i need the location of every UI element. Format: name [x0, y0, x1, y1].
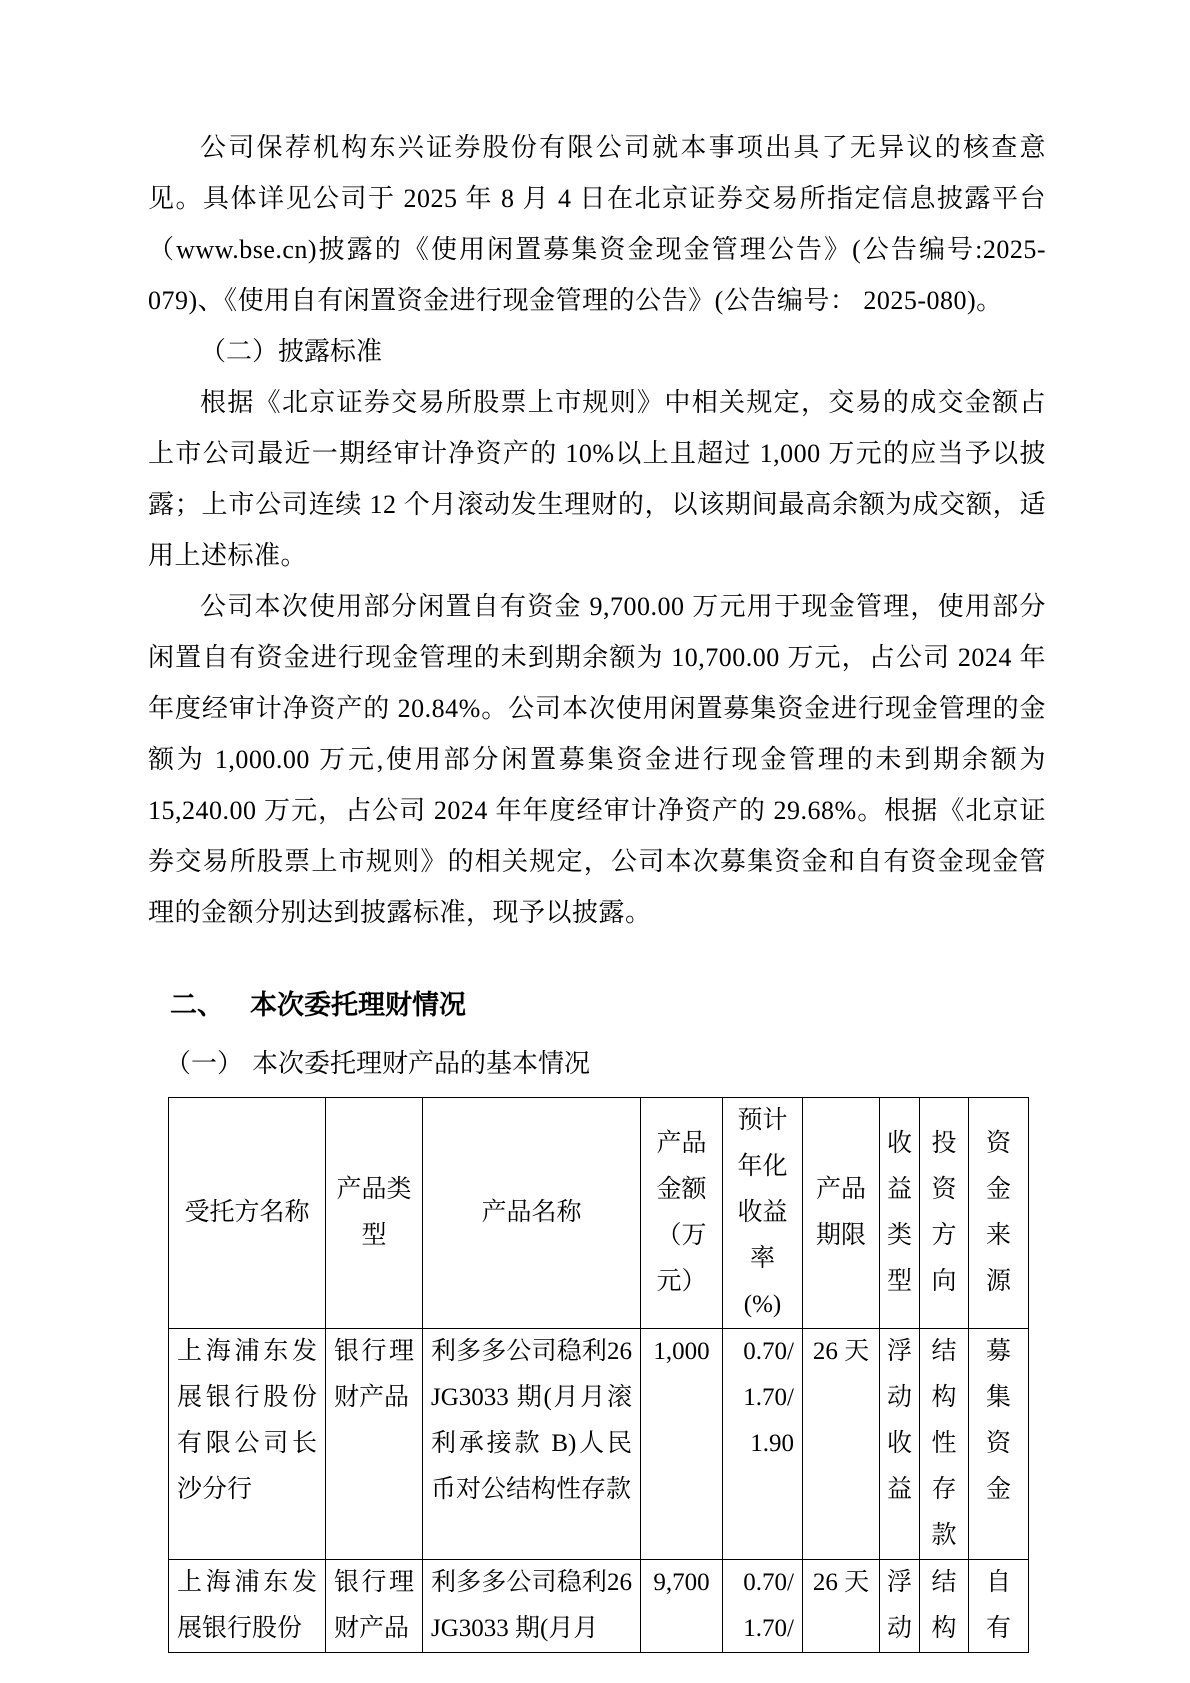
cell-trustee-name: 上海浦东发展银行股份有限公司长沙分行	[169, 1329, 326, 1560]
cell-product-name: 利多多公司稳利26JG3033 期(月月滚利承接款 B)人民币对公结构性存款	[423, 1329, 641, 1560]
header-expected-annual-yield: 预计年化收益率(%)	[723, 1098, 803, 1329]
table-row-raised-funds-product: 上海浦东发展银行股份有限公司长沙分行 银行理财产品 利多多公司稳利26JG303…	[169, 1329, 1029, 1560]
paragraph-cash-management-amounts: 公司本次使用部分闲置自有资金 9,700.00 万元用于现金管理，使用部分闲置自…	[148, 581, 1046, 938]
cell-trustee-name: 上海浦东发展银行股份	[169, 1560, 326, 1653]
cell-product-term: 26 天	[803, 1560, 880, 1653]
cell-product-amount: 1,000	[641, 1329, 723, 1560]
cell-investment-direction: 结构	[920, 1560, 969, 1653]
cell-product-name: 利多多公司稳利26JG3033 期(月月	[423, 1560, 641, 1653]
subheading-disclosure-standard: （二）披露标准	[148, 326, 1046, 377]
section-title: 本次委托理财情况	[250, 990, 466, 1020]
section-number: 二、	[170, 978, 250, 1032]
cell-income-type: 浮动收益	[880, 1329, 920, 1560]
cell-product-type: 银行理财产品	[326, 1329, 423, 1560]
cell-expected-annual-yield: 0.70/1.70/	[723, 1560, 803, 1653]
subsection-title: 本次委托理财产品的基本情况	[252, 1049, 590, 1078]
cell-expected-annual-yield: 0.70/1.70/1.90	[723, 1329, 803, 1560]
cell-fund-source: 自有	[969, 1560, 1029, 1653]
header-product-name: 产品名称	[423, 1098, 641, 1329]
subsection-heading-basic-info: （一）本次委托理财产品的基本情况	[148, 1038, 1046, 1089]
table-row-own-funds-product: 上海浦东发展银行股份 银行理财产品 利多多公司稳利26JG3033 期(月月 9…	[169, 1560, 1029, 1653]
header-trustee-name: 受托方名称	[169, 1098, 326, 1329]
header-investment-direction: 投资方向	[920, 1098, 969, 1329]
document-page: 公司保荐机构东兴证券股份有限公司就本事项出具了无异议的核查意见。具体详见公司于 …	[0, 0, 1190, 1683]
cell-product-term: 26 天	[803, 1329, 880, 1560]
cell-product-type: 银行理财产品	[326, 1560, 423, 1653]
paragraph-disclosure-rule: 根据《北京证券交易所股票上市规则》中相关规定，交易的成交金额占上市公司最近一期经…	[148, 377, 1046, 581]
header-fund-source: 资金来源	[969, 1098, 1029, 1329]
wealth-products-table: 受托方名称 产品类型 产品名称 产品金额（万元） 预计年化收益率(%) 产品期限…	[168, 1097, 1029, 1653]
header-income-type: 收益类型	[880, 1098, 920, 1329]
header-product-amount: 产品金额（万元）	[641, 1098, 723, 1329]
subsection-number: （一）	[165, 1049, 243, 1078]
cell-product-amount: 9,700	[641, 1560, 723, 1653]
cell-investment-direction: 结构性存款	[920, 1329, 969, 1560]
cell-income-type: 浮动	[880, 1560, 920, 1653]
header-product-type: 产品类型	[326, 1098, 423, 1329]
paragraph-sponsor-opinion: 公司保荐机构东兴证券股份有限公司就本事项出具了无异议的核查意见。具体详见公司于 …	[148, 122, 1046, 326]
table-header-row: 受托方名称 产品类型 产品名称 产品金额（万元） 预计年化收益率(%) 产品期限…	[169, 1098, 1029, 1329]
cell-fund-source: 募集资金	[969, 1329, 1029, 1560]
header-product-term: 产品期限	[803, 1098, 880, 1329]
section-heading-entrusted-wealth: 二、本次委托理财情况	[148, 978, 1046, 1032]
document-content: 公司保荐机构东兴证券股份有限公司就本事项出具了无异议的核查意见。具体详见公司于 …	[148, 122, 1046, 1653]
